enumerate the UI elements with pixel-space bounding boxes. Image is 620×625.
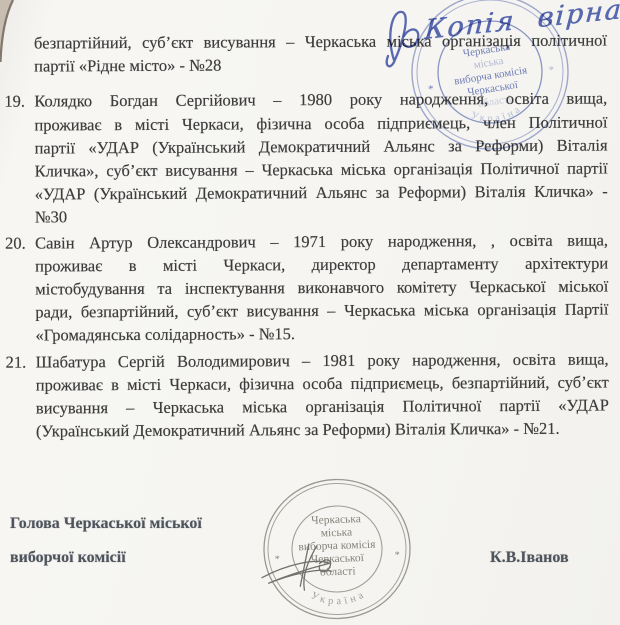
list-item-21: 21. Шабатура Сергій Володимирович – 1981…	[36, 347, 609, 443]
text-line: проживає в місті Черкаси, фізична особа …	[36, 370, 609, 396]
list-item-number: 20.	[5, 231, 35, 254]
stamp-star: *	[395, 550, 400, 561]
text-line: №30	[35, 203, 608, 229]
text-line: «Громадянська солідарность» - №15.	[35, 321, 608, 347]
chairman-title-line2: виборчої комісії	[10, 549, 126, 567]
text-line: Шабатура Сергій Володимирович – 1981 рок…	[36, 347, 609, 373]
chairman-title-line1: Голова Черкаської міської	[10, 515, 202, 533]
stamp-text-line: Черкаська	[311, 513, 361, 527]
text-line: Савін Артур Олександрович – 1971 року на…	[35, 228, 608, 254]
election-commission-stamp-blue: Черкаська міська виборча комісія Черкась…	[398, 0, 581, 164]
text-line: висування – Черкаська міська організація…	[36, 394, 609, 420]
text-line: (Український Демократичний Альянс за Реф…	[36, 417, 609, 443]
election-commission-stamp-gray: Черкаська міська виборча комісія Черкась…	[255, 472, 418, 625]
list-item-number: 19.	[4, 90, 34, 113]
stamp-star: *	[548, 64, 555, 77]
stamp-star: *	[275, 554, 280, 565]
list-item-number: 21.	[6, 350, 36, 373]
text-line: проживає в місті Черкаси, директор депар…	[35, 251, 608, 277]
text-line: містобудування та інспектування виконавч…	[35, 275, 608, 301]
text-line: ради, безпартійний, суб’єкт висування – …	[35, 298, 608, 324]
text-line: «УДАР (Український Демократичний Альянс …	[35, 180, 608, 206]
scanned-document-page: безпартійний, суб’єкт висування – Черкас…	[0, 0, 620, 625]
stamp-text-line: міська	[321, 526, 353, 539]
stamp-star: *	[427, 83, 434, 96]
stamp-country-arc: Україна	[309, 588, 369, 608]
chairman-name: К.В.Іванов	[490, 549, 569, 567]
stamp-text-line: виборча комісія	[298, 539, 376, 554]
svg-text:Україна: Україна	[309, 588, 369, 608]
list-item-20: 20. Савін Артур Олександрович – 1971 рок…	[35, 228, 609, 347]
text-line: Кличка», суб’єкт висування – Черкаська м…	[35, 157, 608, 183]
stamp-text-line: Черкаської	[311, 552, 365, 566]
